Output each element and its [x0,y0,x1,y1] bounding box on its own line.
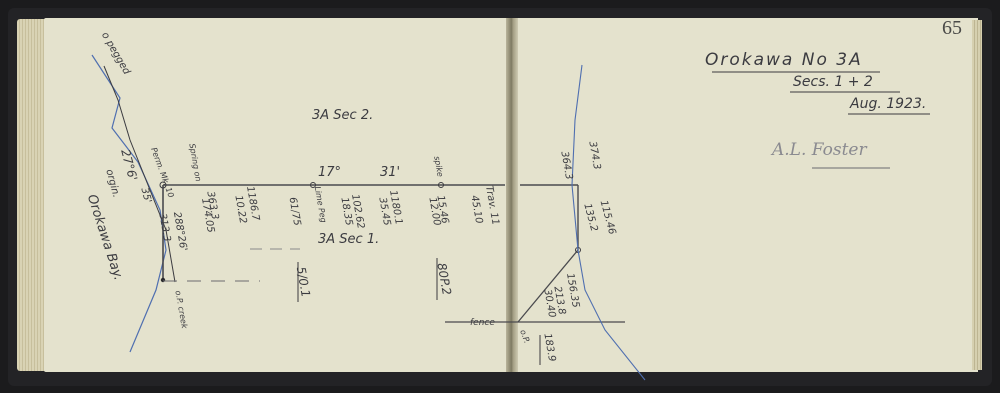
section-2-label: 3A Sec 2. [312,108,373,123]
survey-sections: Secs. 1 + 2 [793,74,873,90]
section-1-label: 3A Sec 1. [318,232,379,247]
bearing-31: 31' [380,165,400,180]
survey-title: Orokawa No 3A [705,50,863,70]
page-number: 65 [942,17,962,40]
surveyor-signature: A.L. Foster [772,140,867,160]
survey-date: Aug. 1923. [850,96,926,112]
bearing-17: 17° [318,165,341,180]
fence-label: fence [470,318,495,328]
